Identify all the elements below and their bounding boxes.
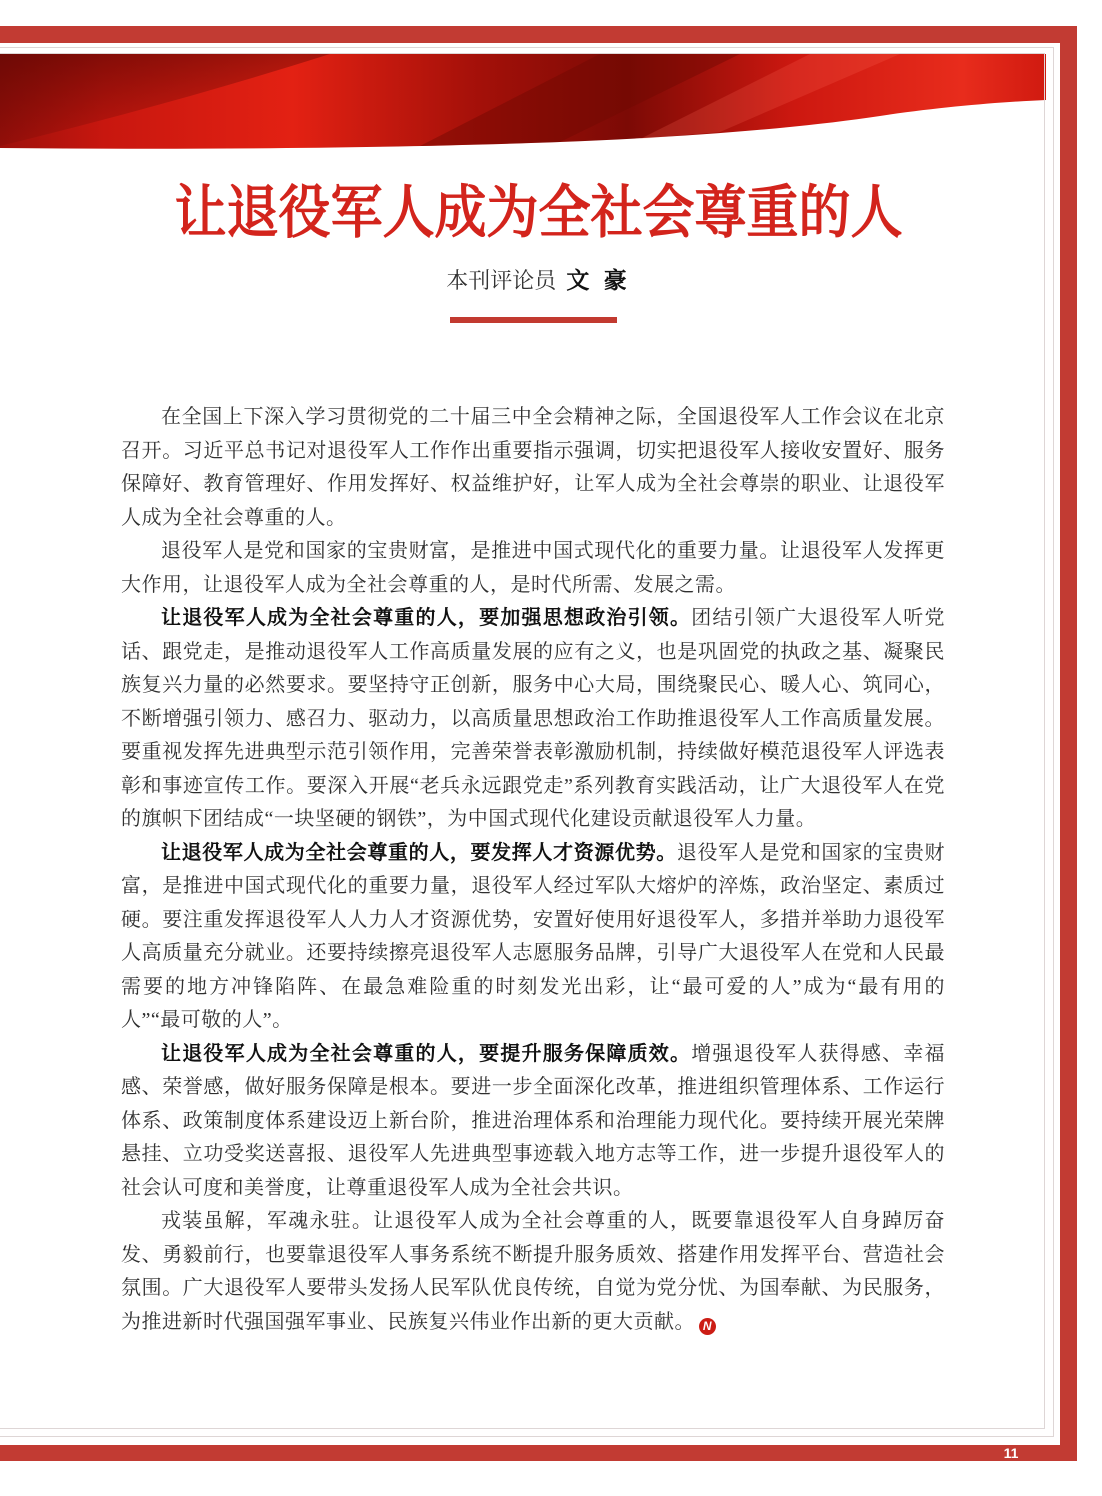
byline: 本刊评论员文 豪 [0, 262, 1077, 295]
paragraph-3-text: 团结引领广大退役军人听党话、跟党走，是推动退役军人工作高质量发展的应有之义，也是… [121, 607, 945, 830]
paragraph-1: 在全国上下深入学习贯彻党的二十届三中全会精神之际，全国退役军人工作会议在北京召开… [121, 401, 945, 535]
paragraph-2: 退役军人是党和国家的宝贵财富，是推进中国式现代化的重要力量。让退役军人发挥更大作… [121, 535, 945, 602]
paragraph-5-text: 增强退役军人获得感、幸福感、荣誉感，做好服务保障是根本。要进一步全面深化改革，推… [121, 1043, 945, 1199]
paragraph-5: 让退役军人成为全社会尊重的人，要提升服务保障质效。增强退役军人获得感、幸福感、荣… [121, 1038, 945, 1206]
title-divider-rule [450, 317, 617, 323]
byline-role: 本刊评论员 [446, 268, 556, 293]
paragraph-1-text: 在全国上下深入学习贯彻党的二十届三中全会精神之际，全国退役军人工作会议在北京召开… [121, 406, 945, 529]
paragraph-3: 让退役军人成为全社会尊重的人，要加强思想政治引领。团结引领广大退役军人听党话、跟… [121, 602, 945, 837]
paragraph-5-lead: 让退役军人成为全社会尊重的人，要提升服务保障质效。 [161, 1043, 691, 1065]
paragraph-4-lead: 让退役军人成为全社会尊重的人，要发挥人才资源优势。 [161, 842, 677, 864]
article-body: 在全国上下深入学习贯彻党的二十届三中全会精神之际，全国退役军人工作会议在北京召开… [121, 401, 945, 1339]
magazine-page: 11 让退役军人成为全社会尊重的人 本刊评论员文 豪 在全国上下深入学习贯彻党的… [0, 0, 1102, 1496]
paragraph-6: 戎装虽解，军魂永驻。让退役军人成为全社会尊重的人，既要靠退役军人自身踔厉奋发、勇… [121, 1205, 945, 1339]
end-of-article-logo-icon: N [699, 1318, 716, 1335]
frame-band-top [0, 26, 1077, 43]
paragraph-3-lead: 让退役军人成为全社会尊重的人，要加强思想政治引领。 [161, 607, 691, 629]
byline-author: 文 豪 [566, 267, 630, 293]
paragraph-4-text: 退役军人是党和国家的宝贵财富，是推进中国式现代化的重要力量，退役军人经过军队大熔… [121, 842, 945, 1032]
page-number: 11 [997, 1445, 1025, 1461]
paragraph-4: 让退役军人成为全社会尊重的人，要发挥人才资源优势。退役军人是党和国家的宝贵财富，… [121, 837, 945, 1038]
paragraph-2-text: 退役军人是党和国家的宝贵财富，是推进中国式现代化的重要力量。让退役军人发挥更大作… [121, 540, 945, 596]
frame-band-bottom: 11 [0, 1445, 1077, 1461]
article-title: 让退役军人成为全社会尊重的人 [0, 166, 1077, 249]
paragraph-6-text: 戎装虽解，军魂永驻。让退役军人成为全社会尊重的人，既要靠退役军人自身踔厉奋发、勇… [121, 1210, 945, 1333]
